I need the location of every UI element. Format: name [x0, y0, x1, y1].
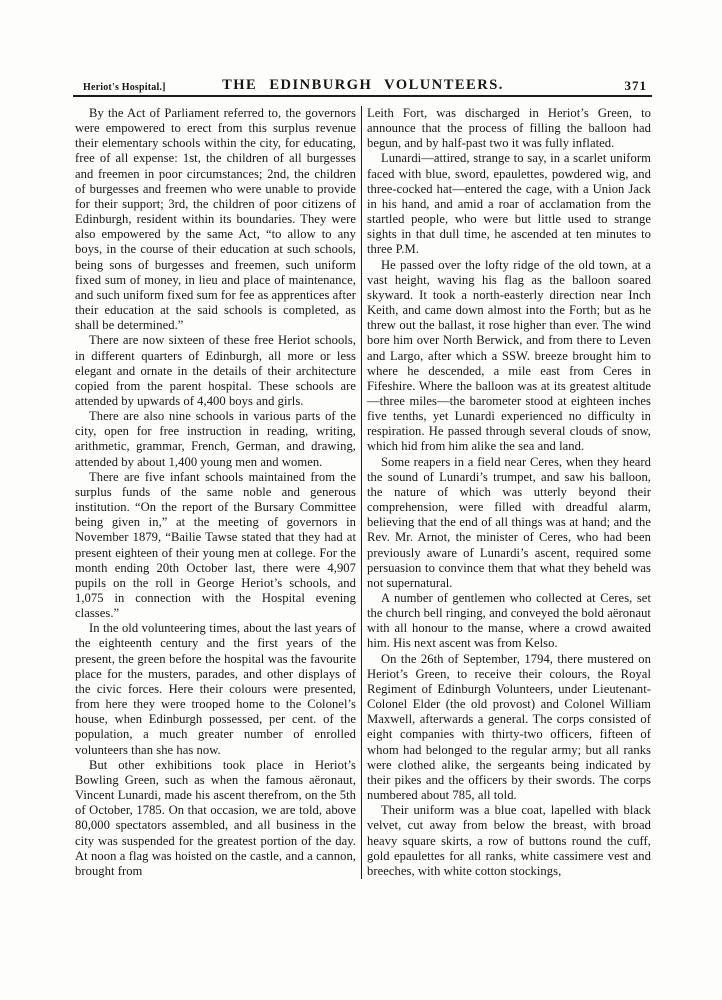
- paragraph: There are now sixteen of these free Heri…: [75, 333, 356, 409]
- paragraph: But other exhibitions took place in Heri…: [75, 758, 356, 879]
- book-page: Heriot's Hospital.] THE EDINBURGH VOLUNT…: [0, 0, 722, 1000]
- header-rule: [73, 95, 652, 97]
- paragraph: Leith Fort, was discharged in Heriot’s G…: [367, 106, 651, 151]
- page-header: Heriot's Hospital.] THE EDINBURGH VOLUNT…: [75, 74, 651, 94]
- right-column: Leith Fort, was discharged in Heriot’s G…: [367, 106, 651, 879]
- paragraph: Lunardi—attired, strange to say, in a sc…: [367, 151, 651, 257]
- paragraph: Some reapers in a field near Ceres, when…: [367, 455, 651, 591]
- paragraph: He passed over the lofty ridge of the ol…: [367, 258, 651, 455]
- text-body: By the Act of Parliament referred to, th…: [75, 106, 652, 879]
- paragraph: By the Act of Parliament referred to, th…: [75, 106, 356, 333]
- paragraph: A number of gentlemen who collected at C…: [367, 591, 651, 652]
- paragraph: There are five infant schools maintained…: [75, 470, 356, 622]
- paragraph: There are also nine schools in various p…: [75, 409, 356, 470]
- paragraph: In the old volunteering times, about the…: [75, 621, 356, 757]
- page-title: THE EDINBURGH VOLUNTEERS.: [75, 77, 651, 94]
- page-number: 371: [625, 78, 648, 94]
- left-column: By the Act of Parliament referred to, th…: [75, 106, 356, 879]
- paragraph: On the 26th of September, 1794, there mu…: [367, 652, 651, 804]
- column-divider: [361, 106, 362, 879]
- paragraph: Their uniform was a blue coat, lapelled …: [367, 803, 651, 879]
